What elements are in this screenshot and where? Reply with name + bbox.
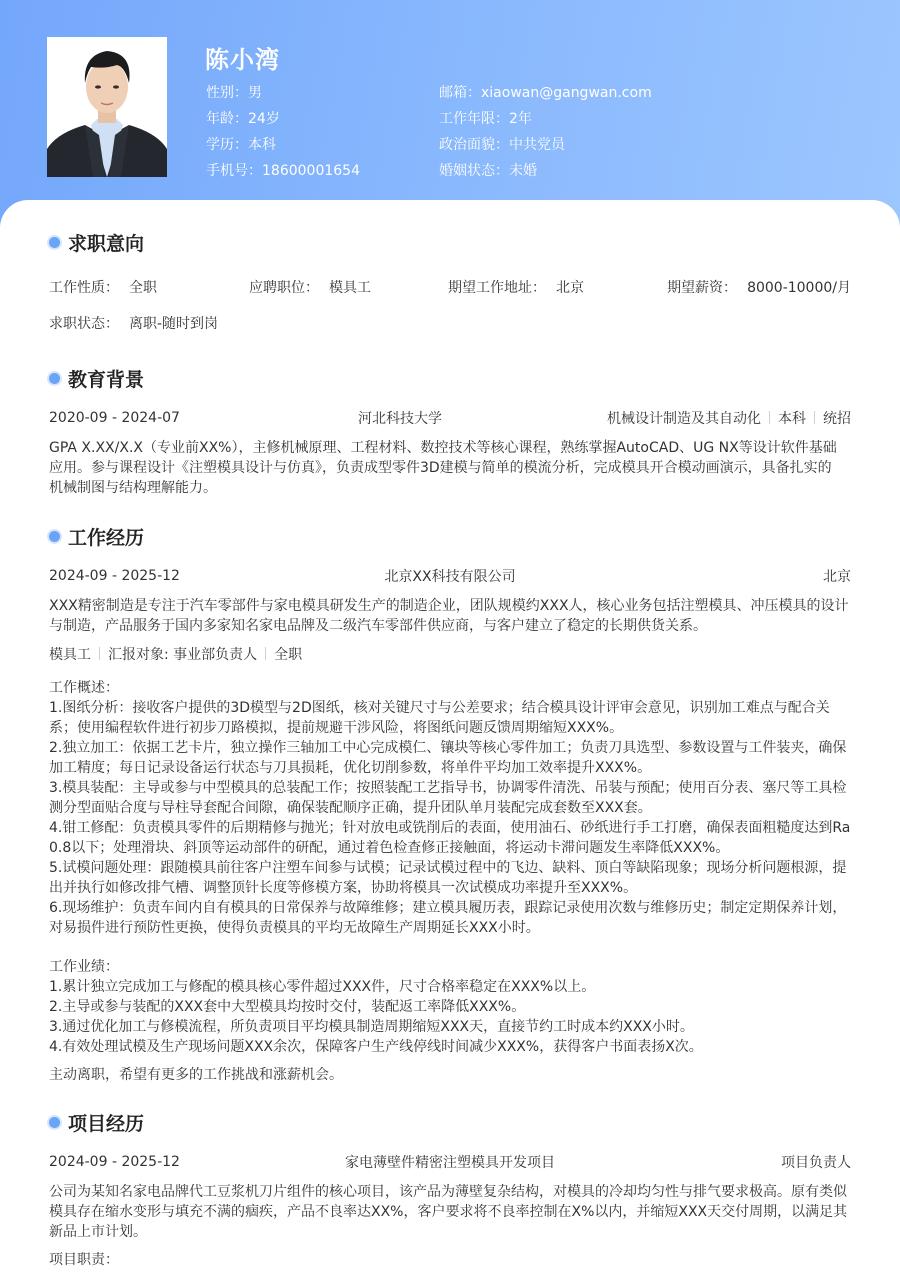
field-value: 模具工 (329, 280, 371, 296)
work-period: 2024-09 - 2025-12 (49, 568, 180, 584)
tag-report-to: 汇报对象: 事业部负责人 (108, 647, 257, 663)
salary-field: 期望薪资：8000-10000/月 (667, 277, 851, 297)
section-title-job-intent: 求职意向 (49, 229, 144, 256)
basic-info-right: 邮箱：xiaowan@gangwan.com 工作年限：2年 政治面貌：中共党员… (439, 83, 652, 187)
field-value: 18600001654 (262, 163, 360, 179)
field-value: 未婚 (509, 163, 537, 179)
bullet-dot-icon (49, 373, 60, 384)
field-label: 工作性质： (49, 280, 119, 296)
bullet-dot-icon (49, 531, 60, 542)
text-line: 2.独立加工：依据工艺卡片，独立操作三轴加工中心完成模仁、镶块等核心零件加工；负… (49, 738, 854, 758)
field-label: 期望工作地址： (448, 280, 546, 296)
text-line: 对易损件进行预防性更换，使得负责模具的平均无故障生产周期延长XXX小时。 (49, 918, 854, 938)
text-line: 系；使用编程软件进行初步刀路模拟，提前规避干涉风险，将图纸问题反馈周期缩短XXX… (49, 718, 854, 738)
work-achievements: 工作业绩： 1.累计独立完成加工与修配的模具核心零件超过XXX件，尺寸合格率稳定… (49, 957, 854, 1057)
bullet-dot-icon (49, 237, 60, 248)
section-title-text: 教育背景 (68, 365, 144, 392)
field-label: 邮箱： (439, 85, 481, 101)
overview-heading: 工作概述： (49, 678, 854, 698)
field-label: 工作年限： (439, 111, 509, 127)
marital-status-field: 婚姻状态：未婚 (439, 161, 652, 187)
text-line: 模具存在缩水变形与填充不满的痼疾，产品不良率达XX%，客户要求将不良率控制在X%… (49, 1202, 854, 1222)
section-title-text: 工作经历 (68, 523, 144, 550)
field-label: 年龄： (206, 111, 248, 127)
text-line: 公司为某知名家电品牌代工豆浆机刀片组件的核心项目，该产品为薄壁复杂结构，对模具的… (49, 1182, 854, 1202)
field-label: 应聘职位： (249, 280, 319, 296)
divider (99, 647, 100, 660)
field-value: 离职-随时到岗 (129, 316, 218, 332)
text-line: 3.模具装配：主导或参与中型模具的总装配工作；按照装配工艺指导书，协调零件清洗、… (49, 778, 854, 798)
divider (769, 411, 770, 424)
field-value: 本科 (248, 137, 276, 153)
text-line: GPA X.XX/X.X（专业前XX%），主修机械原理、工程材料、数控技术等核心… (49, 438, 854, 458)
text-line: 出并执行如修改排气槽、调整顶针长度等修模方案，协助将模具一次试模成功率提升至XX… (49, 878, 854, 898)
text-line: 4.钳工修配：负责模具零件的后期精修与抛光；针对放电或铣削后的表面，使用油石、砂… (49, 818, 854, 838)
divider (265, 647, 266, 660)
major: 机械设计制造及其自动化 (607, 411, 761, 427)
project-header-row: 2024-09 - 2025-12 家电薄壁件精密注塑模具开发项目 项目负责人 (49, 1152, 851, 1172)
section-title-text: 求职意向 (68, 229, 144, 256)
work-years-field: 工作年限：2年 (439, 109, 652, 135)
work-tags: 模具工汇报对象: 事业部负责人全职 (49, 644, 851, 664)
field-value: 中共党员 (509, 137, 565, 153)
location-field: 期望工作地址：北京 (448, 277, 584, 297)
job-status-field: 求职状态：离职-随时到岗 (49, 313, 218, 333)
field-label: 性别： (206, 85, 248, 101)
tag-role: 模具工 (49, 647, 91, 663)
field-value: 全职 (129, 280, 157, 296)
tag-employment-type: 全职 (274, 647, 302, 663)
text-line: 新品上市计划。 (49, 1222, 854, 1242)
field-label: 期望薪资： (667, 280, 737, 296)
text-line: 0.8以下；处理滑块、斜顶等运动部件的研配，通过着色检查修正接触面，将运动卡滞问… (49, 838, 854, 858)
achievements-heading: 工作业绩： (49, 957, 854, 977)
degree: 本科 (778, 411, 806, 427)
text-line: 机械制图与结构理解能力。 (49, 478, 854, 498)
project-duties-heading: 项目职责： (49, 1250, 854, 1270)
leave-reason: 主动离职，希望有更多的工作挑战和涨薪机会。 (49, 1065, 854, 1085)
text-line: 5.试模问题处理：跟随模具前往客户注塑车间参与试模；记录试模过程中的飞边、缺料、… (49, 858, 854, 878)
political-status-field: 政治面貌：中共党员 (439, 135, 652, 161)
field-label: 求职状态： (49, 316, 119, 332)
text-line: 3.通过优化加工与修模流程，所负责项目平均模具制造周期缩短XXX天，直接节约工时… (49, 1017, 854, 1037)
age-field: 年龄：24岁 (206, 109, 360, 135)
education-level-field: 学历：本科 (206, 135, 360, 161)
text-line: 加工精度；每日记录设备运行状态与刀具损耗，优化切削参数，将单件平均加工效率提升X… (49, 758, 854, 778)
position-field: 应聘职位：模具工 (249, 277, 371, 297)
text-line: 1.累计独立完成加工与修配的模具核心零件超过XXX件，尺寸合格率稳定在XXX%以… (49, 977, 854, 997)
email-field: 邮箱：xiaowan@gangwan.com (439, 83, 652, 109)
field-value: xiaowan@gangwan.com (481, 85, 652, 101)
section-title-education: 教育背景 (49, 365, 144, 392)
work-overview: 工作概述： 1.图纸分析：接收客户提供的3D模型与2D图纸，核对关键尺寸与公差要… (49, 678, 854, 938)
project-role: 项目负责人 (781, 1152, 851, 1172)
work-header-row: 2024-09 - 2025-12 北京XX科技有限公司 北京 (49, 566, 851, 586)
portrait-photo-icon (47, 37, 167, 177)
field-value: 8000-10000/月 (747, 280, 851, 296)
field-label: 政治面貌： (439, 137, 509, 153)
field-value: 北京 (556, 280, 584, 296)
education-period: 2020-09 - 2024-07 (49, 410, 180, 426)
section-title-project: 项目经历 (49, 1109, 144, 1136)
field-value: 2年 (509, 111, 532, 127)
education-meta: 机械设计制造及其自动化本科统招 (607, 408, 851, 428)
phone-field: 手机号：18600001654 (206, 161, 360, 187)
divider (814, 411, 815, 424)
section-title-text: 项目经历 (68, 1109, 144, 1136)
basic-info-left: 性别：男 年龄：24岁 学历：本科 手机号：18600001654 (206, 83, 360, 187)
candidate-name: 陈小湾 (205, 40, 280, 75)
field-value: 24岁 (248, 111, 280, 127)
text-line: 1.图纸分析：接收客户提供的3D模型与2D图纸，核对关键尺寸与公差要求；结合模具… (49, 698, 854, 718)
education-description: GPA X.XX/X.X（专业前XX%），主修机械原理、工程材料、数控技术等核心… (49, 438, 854, 498)
field-value: 男 (248, 85, 262, 101)
avatar (47, 37, 167, 177)
project-period: 2024-09 - 2025-12 (49, 1154, 180, 1170)
bullet-dot-icon (49, 1117, 60, 1128)
text-line: 2.主导或参与装配的XXX套中大型模具均按时交付，装配返工率降低XXX%。 (49, 997, 854, 1017)
project-description: 公司为某知名家电品牌代工豆浆机刀片组件的核心项目，该产品为薄壁复杂结构，对模具的… (49, 1182, 854, 1242)
education-header-row: 2020-09 - 2024-07 河北科技大学 机械设计制造及其自动化本科统招 (49, 408, 851, 428)
text-line: 测分型面贴合度与导柱导套配合间隙，确保装配顺序正确，提升团队单月装配完成套数至X… (49, 798, 854, 818)
field-label: 婚姻状态： (439, 163, 509, 179)
job-type-field: 工作性质：全职 (49, 277, 157, 297)
field-label: 手机号： (206, 163, 262, 179)
text-line: 6.现场维护：负责车间内自有模具的日常保养与故障维修；建立模具履历表，跟踪记录使… (49, 898, 854, 918)
text-line: XXX精密制造是专注于汽车零部件与家电模具研发生产的制造企业，团队规模约XXX人… (49, 596, 854, 616)
enrollment-type: 统招 (823, 411, 851, 427)
section-title-work: 工作经历 (49, 523, 144, 550)
gender-field: 性别：男 (206, 83, 360, 109)
text-line: 4.有效处理试模及生产现场问题XXX余次，保障客户生产线停线时间减少XXX%，获… (49, 1037, 854, 1057)
company-description: XXX精密制造是专注于汽车零部件与家电模具研发生产的制造企业，团队规模约XXX人… (49, 596, 854, 636)
work-location: 北京 (823, 566, 851, 586)
text-line: 与制造，产品服务于国内多家知名家电品牌及二级汽车零部件供应商，与客户建立了稳定的… (49, 616, 854, 636)
field-label: 学历： (206, 137, 248, 153)
text-line: 应用。参与课程设计《注塑模具设计与仿真》，负责成型零件3D建模与简单的模流分析，… (49, 458, 854, 478)
